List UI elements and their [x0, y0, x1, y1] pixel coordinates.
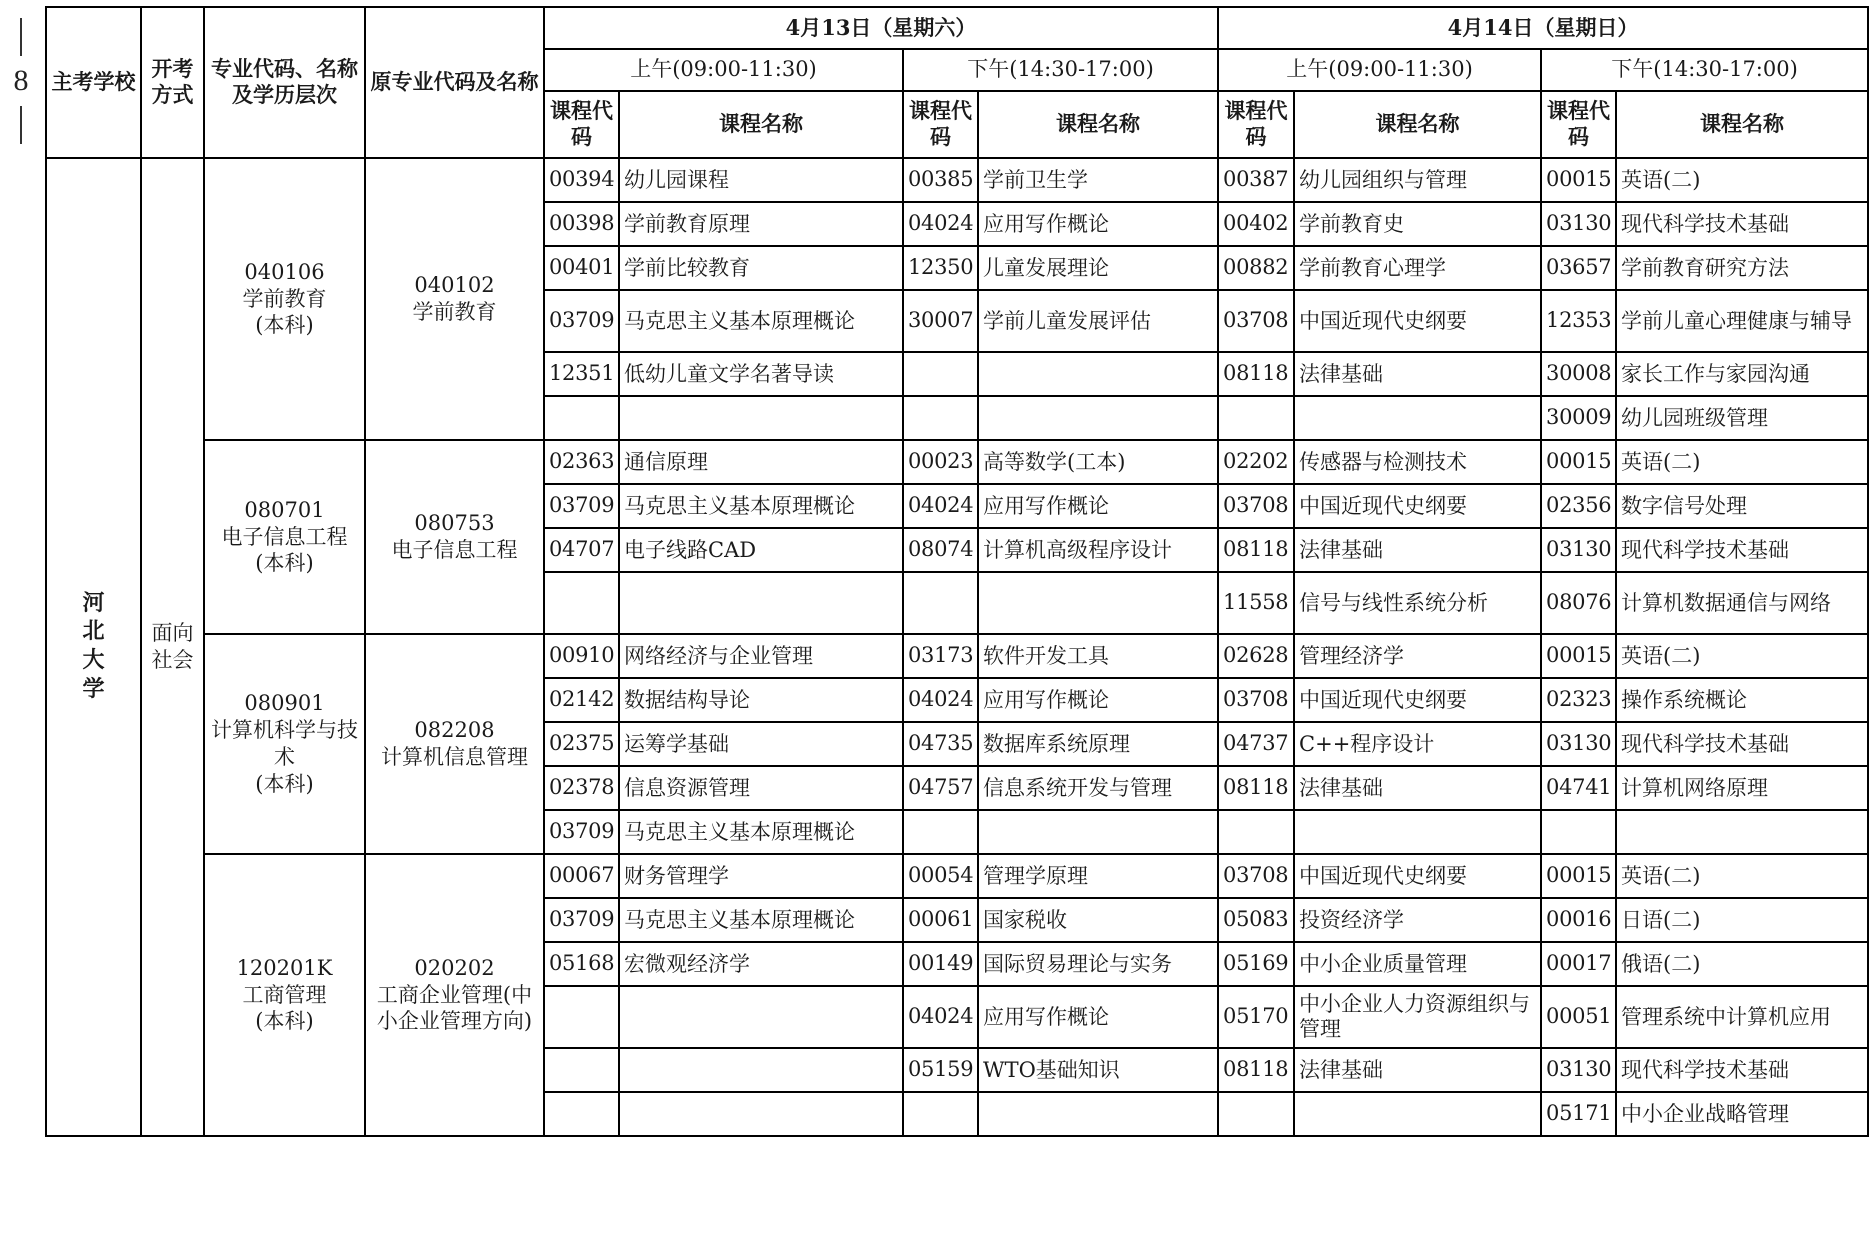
course-name: 幼儿园课程 — [619, 158, 903, 202]
original-major-cell: 082208计算机信息管理 — [365, 634, 544, 854]
major-cell: 080901计算机科学与技术(本科) — [204, 634, 365, 854]
course-name: 信号与线性系统分析 — [1294, 572, 1541, 634]
header-day2-am: 上午(09:00-11:30) — [1218, 49, 1541, 91]
major-level: (本科) — [209, 550, 360, 577]
major-major-code: 120201K — [209, 955, 360, 982]
course-name — [978, 352, 1218, 396]
course-name: 数据库系统原理 — [978, 722, 1218, 766]
course-code: 05170 — [1218, 986, 1294, 1048]
header-school: 主考学校 — [46, 7, 141, 158]
course-code: 02142 — [544, 678, 619, 722]
course-code — [903, 572, 978, 634]
schedule-body: 河北大学面向社会040106学前教育(本科)040102学前教育00394幼儿园… — [46, 158, 1868, 1136]
course-code: 02202 — [1218, 440, 1294, 484]
course-code — [544, 1048, 619, 1092]
original-orig-code: 082208 — [370, 717, 539, 744]
course-name: 应用写作概论 — [978, 986, 1218, 1048]
course-name: 英语(二) — [1616, 854, 1868, 898]
course-name: 数据结构导论 — [619, 678, 903, 722]
major-major-code: 080701 — [209, 497, 360, 524]
course-name: 英语(二) — [1616, 634, 1868, 678]
header-course-name: 课程名称 — [619, 91, 903, 158]
course-code: 00023 — [903, 440, 978, 484]
course-code — [544, 572, 619, 634]
course-name: 中小企业质量管理 — [1294, 942, 1541, 986]
course-name: 计算机网络原理 — [1616, 766, 1868, 810]
course-name: 学前教育原理 — [619, 202, 903, 246]
course-name: 中国近现代史纲要 — [1294, 854, 1541, 898]
course-code: 08118 — [1218, 766, 1294, 810]
header-day2-pm: 下午(14:30-17:00) — [1541, 49, 1868, 91]
course-code: 00882 — [1218, 246, 1294, 290]
course-code: 00054 — [903, 854, 978, 898]
course-name: 高等数学(工本) — [978, 440, 1218, 484]
course-name: 信息资源管理 — [619, 766, 903, 810]
course-code — [903, 396, 978, 440]
course-code: 02378 — [544, 766, 619, 810]
course-name — [1294, 396, 1541, 440]
course-code: 03657 — [1541, 246, 1616, 290]
course-name: 国际贸易理论与实务 — [978, 942, 1218, 986]
course-name — [978, 810, 1218, 854]
course-code: 03130 — [1541, 528, 1616, 572]
course-name: 管理学原理 — [978, 854, 1218, 898]
course-code: 00051 — [1541, 986, 1616, 1048]
original-orig-name: 计算机信息管理 — [370, 744, 539, 771]
page-number: 8 — [6, 66, 36, 96]
course-name: 俄语(二) — [1616, 942, 1868, 986]
course-code: 04024 — [903, 202, 978, 246]
course-name — [1616, 810, 1868, 854]
course-code: 12351 — [544, 352, 619, 396]
table-row: 120201K工商管理(本科)020202工商企业管理(中小企业管理方向)000… — [46, 854, 1868, 898]
header-date-day2: 4月14日（星期日） — [1218, 7, 1868, 49]
course-code: 03173 — [903, 634, 978, 678]
course-name: 学前儿童发展评估 — [978, 290, 1218, 352]
course-name: 马克思主义基本原理概论 — [619, 290, 903, 352]
course-name: 中小企业战略管理 — [1616, 1092, 1868, 1136]
original-major-cell: 080753电子信息工程 — [365, 440, 544, 634]
course-code: 00015 — [1541, 634, 1616, 678]
course-code: 03709 — [544, 484, 619, 528]
course-name: 学前儿童心理健康与辅导 — [1616, 290, 1868, 352]
course-code: 05169 — [1218, 942, 1294, 986]
course-name — [978, 396, 1218, 440]
major-level: (本科) — [209, 771, 360, 798]
course-code: 04024 — [903, 678, 978, 722]
course-name: 法律基础 — [1294, 528, 1541, 572]
course-name: 应用写作概论 — [978, 202, 1218, 246]
course-name: 信息系统开发与管理 — [978, 766, 1218, 810]
course-name: 中国近现代史纲要 — [1294, 678, 1541, 722]
course-code: 03708 — [1218, 854, 1294, 898]
major-major-code: 040106 — [209, 259, 360, 286]
course-code: 08076 — [1541, 572, 1616, 634]
course-name: 法律基础 — [1294, 1048, 1541, 1092]
course-code: 00401 — [544, 246, 619, 290]
original-orig-name: 电子信息工程 — [370, 537, 539, 564]
course-code: 02356 — [1541, 484, 1616, 528]
course-code: 00910 — [544, 634, 619, 678]
course-code: 03708 — [1218, 484, 1294, 528]
course-code: 00387 — [1218, 158, 1294, 202]
header-course-code: 课程代码 — [903, 91, 978, 158]
course-code: 11558 — [1218, 572, 1294, 634]
course-code: 05083 — [1218, 898, 1294, 942]
course-name: 中国近现代史纲要 — [1294, 290, 1541, 352]
course-code: 00385 — [903, 158, 978, 202]
course-code: 30008 — [1541, 352, 1616, 396]
header-date-day1: 4月13日（星期六） — [544, 7, 1218, 49]
course-name: 学前比较教育 — [619, 246, 903, 290]
course-code: 00149 — [903, 942, 978, 986]
exam-method-cell: 面向社会 — [141, 158, 204, 1136]
course-code — [1218, 1092, 1294, 1136]
course-code: 12350 — [903, 246, 978, 290]
course-name: 计算机数据通信与网络 — [1616, 572, 1868, 634]
course-code — [544, 1092, 619, 1136]
course-name — [1294, 1092, 1541, 1136]
course-name: 马克思主义基本原理概论 — [619, 484, 903, 528]
school-name: 河北大学 — [82, 590, 106, 704]
header-course-name: 课程名称 — [978, 91, 1218, 158]
header-course-name: 课程名称 — [1294, 91, 1541, 158]
course-code: 00402 — [1218, 202, 1294, 246]
major-cell: 120201K工商管理(本科) — [204, 854, 365, 1136]
major-cell: 080701电子信息工程(本科) — [204, 440, 365, 634]
course-name — [619, 986, 903, 1048]
course-code: 04024 — [903, 986, 978, 1048]
course-code: 00016 — [1541, 898, 1616, 942]
course-name: 财务管理学 — [619, 854, 903, 898]
course-name: 幼儿园组织与管理 — [1294, 158, 1541, 202]
course-name: 运筹学基础 — [619, 722, 903, 766]
course-code: 02375 — [544, 722, 619, 766]
page-number-mark: 8 — [6, 18, 36, 144]
course-code: 00067 — [544, 854, 619, 898]
school-cell: 河北大学 — [46, 158, 141, 1136]
course-name: 英语(二) — [1616, 440, 1868, 484]
course-code — [1541, 810, 1616, 854]
original-orig-code: 080753 — [370, 510, 539, 537]
course-code: 03708 — [1218, 290, 1294, 352]
original-orig-code: 040102 — [370, 272, 539, 299]
course-name: 电子线路CAD — [619, 528, 903, 572]
table-row: 080901计算机科学与技术(本科)082208计算机信息管理00910网络经济… — [46, 634, 1868, 678]
course-name: 应用写作概论 — [978, 484, 1218, 528]
course-code — [1218, 810, 1294, 854]
header-course-name: 课程名称 — [1616, 91, 1868, 158]
major-level: (本科) — [209, 312, 360, 339]
course-name: 管理经济学 — [1294, 634, 1541, 678]
course-code: 08074 — [903, 528, 978, 572]
course-name: 幼儿园班级管理 — [1616, 396, 1868, 440]
course-name: 通信原理 — [619, 440, 903, 484]
course-code: 02628 — [1218, 634, 1294, 678]
course-code: 02323 — [1541, 678, 1616, 722]
course-name: 学前卫生学 — [978, 158, 1218, 202]
course-code: 08118 — [1218, 1048, 1294, 1092]
course-code: 12353 — [1541, 290, 1616, 352]
course-name: 宏微观经济学 — [619, 942, 903, 986]
course-name: 投资经济学 — [1294, 898, 1541, 942]
course-code: 00398 — [544, 202, 619, 246]
course-name — [978, 572, 1218, 634]
course-name — [1294, 810, 1541, 854]
course-code: 00394 — [544, 158, 619, 202]
course-code: 03709 — [544, 810, 619, 854]
course-code — [544, 986, 619, 1048]
course-name: 法律基础 — [1294, 766, 1541, 810]
course-code: 04741 — [1541, 766, 1616, 810]
course-code — [903, 352, 978, 396]
course-code: 30007 — [903, 290, 978, 352]
course-code: 00015 — [1541, 440, 1616, 484]
major-major-name: 计算机科学与技术 — [209, 717, 360, 771]
course-code: 05171 — [1541, 1092, 1616, 1136]
course-code: 08118 — [1218, 528, 1294, 572]
header-course-code: 课程代码 — [544, 91, 619, 158]
course-code: 05168 — [544, 942, 619, 986]
course-name — [619, 1092, 903, 1136]
course-name: 国家税收 — [978, 898, 1218, 942]
course-code: 08118 — [1218, 352, 1294, 396]
course-code: 00015 — [1541, 158, 1616, 202]
course-code: 05159 — [903, 1048, 978, 1092]
original-orig-code: 020202 — [370, 955, 539, 982]
course-code — [903, 1092, 978, 1136]
course-name: 传感器与检测技术 — [1294, 440, 1541, 484]
course-code: 04735 — [903, 722, 978, 766]
course-name: 数字信号处理 — [1616, 484, 1868, 528]
course-name: 中小企业人力资源组织与管理 — [1294, 986, 1541, 1048]
course-code: 03130 — [1541, 202, 1616, 246]
major-major-name: 工商管理 — [209, 982, 360, 1009]
course-name: 学前教育心理学 — [1294, 246, 1541, 290]
table-row: 河北大学面向社会040106学前教育(本科)040102学前教育00394幼儿园… — [46, 158, 1868, 202]
course-name: 法律基础 — [1294, 352, 1541, 396]
course-name: 现代科学技术基础 — [1616, 202, 1868, 246]
course-code: 04757 — [903, 766, 978, 810]
exam-schedule-table: 主考学校 开考方式 专业代码、名称及学历层次 原专业代码及名称 4月13日（星期… — [45, 6, 1869, 1137]
major-major-name: 学前教育 — [209, 286, 360, 313]
course-name — [619, 572, 903, 634]
course-code: 00017 — [1541, 942, 1616, 986]
course-code: 03130 — [1541, 1048, 1616, 1092]
header-course-code: 课程代码 — [1541, 91, 1616, 158]
course-code: 03130 — [1541, 722, 1616, 766]
original-orig-name: 学前教育 — [370, 299, 539, 326]
course-code: 03709 — [544, 290, 619, 352]
course-name: 马克思主义基本原理概论 — [619, 898, 903, 942]
course-code: 03709 — [544, 898, 619, 942]
course-name: 学前教育研究方法 — [1616, 246, 1868, 290]
course-name: 英语(二) — [1616, 158, 1868, 202]
course-name: 网络经济与企业管理 — [619, 634, 903, 678]
course-name: WTO基础知识 — [978, 1048, 1218, 1092]
header-original-major: 原专业代码及名称 — [365, 7, 544, 158]
course-name: 马克思主义基本原理概论 — [619, 810, 903, 854]
course-name: 现代科学技术基础 — [1616, 528, 1868, 572]
dash-bottom — [20, 106, 22, 144]
course-name — [619, 396, 903, 440]
course-name: 学前教育史 — [1294, 202, 1541, 246]
course-name: 操作系统概论 — [1616, 678, 1868, 722]
course-name: 软件开发工具 — [978, 634, 1218, 678]
original-orig-name: 工商企业管理(中小企业管理方向) — [370, 982, 539, 1036]
major-cell: 040106学前教育(本科) — [204, 158, 365, 440]
course-code: 04024 — [903, 484, 978, 528]
course-name: 中国近现代史纲要 — [1294, 484, 1541, 528]
header-method: 开考方式 — [141, 7, 204, 158]
header-major: 专业代码、名称及学历层次 — [204, 7, 365, 158]
major-major-code: 080901 — [209, 690, 360, 717]
course-name — [619, 1048, 903, 1092]
course-name: 现代科学技术基础 — [1616, 722, 1868, 766]
course-code — [903, 810, 978, 854]
course-code: 03708 — [1218, 678, 1294, 722]
course-name: 家长工作与家园沟通 — [1616, 352, 1868, 396]
major-level: (本科) — [209, 1008, 360, 1035]
header-course-code: 课程代码 — [1218, 91, 1294, 158]
course-name: 儿童发展理论 — [978, 246, 1218, 290]
dash-top — [20, 18, 22, 56]
course-name: 日语(二) — [1616, 898, 1868, 942]
course-name: 现代科学技术基础 — [1616, 1048, 1868, 1092]
course-code: 04737 — [1218, 722, 1294, 766]
original-major-cell: 040102学前教育 — [365, 158, 544, 440]
course-code — [1218, 396, 1294, 440]
course-name: 低幼儿童文学名著导读 — [619, 352, 903, 396]
course-name: C++程序设计 — [1294, 722, 1541, 766]
course-code: 30009 — [1541, 396, 1616, 440]
course-name: 计算机高级程序设计 — [978, 528, 1218, 572]
course-code — [544, 396, 619, 440]
course-code: 00061 — [903, 898, 978, 942]
course-name: 管理系统中计算机应用 — [1616, 986, 1868, 1048]
course-code: 04707 — [544, 528, 619, 572]
header-day1-pm: 下午(14:30-17:00) — [903, 49, 1218, 91]
major-major-name: 电子信息工程 — [209, 524, 360, 551]
course-code: 00015 — [1541, 854, 1616, 898]
course-name — [978, 1092, 1218, 1136]
table-row: 080701电子信息工程(本科)080753电子信息工程02363通信原理000… — [46, 440, 1868, 484]
original-major-cell: 020202工商企业管理(中小企业管理方向) — [365, 854, 544, 1136]
header-day1-am: 上午(09:00-11:30) — [544, 49, 903, 91]
course-code: 02363 — [544, 440, 619, 484]
course-name: 应用写作概论 — [978, 678, 1218, 722]
